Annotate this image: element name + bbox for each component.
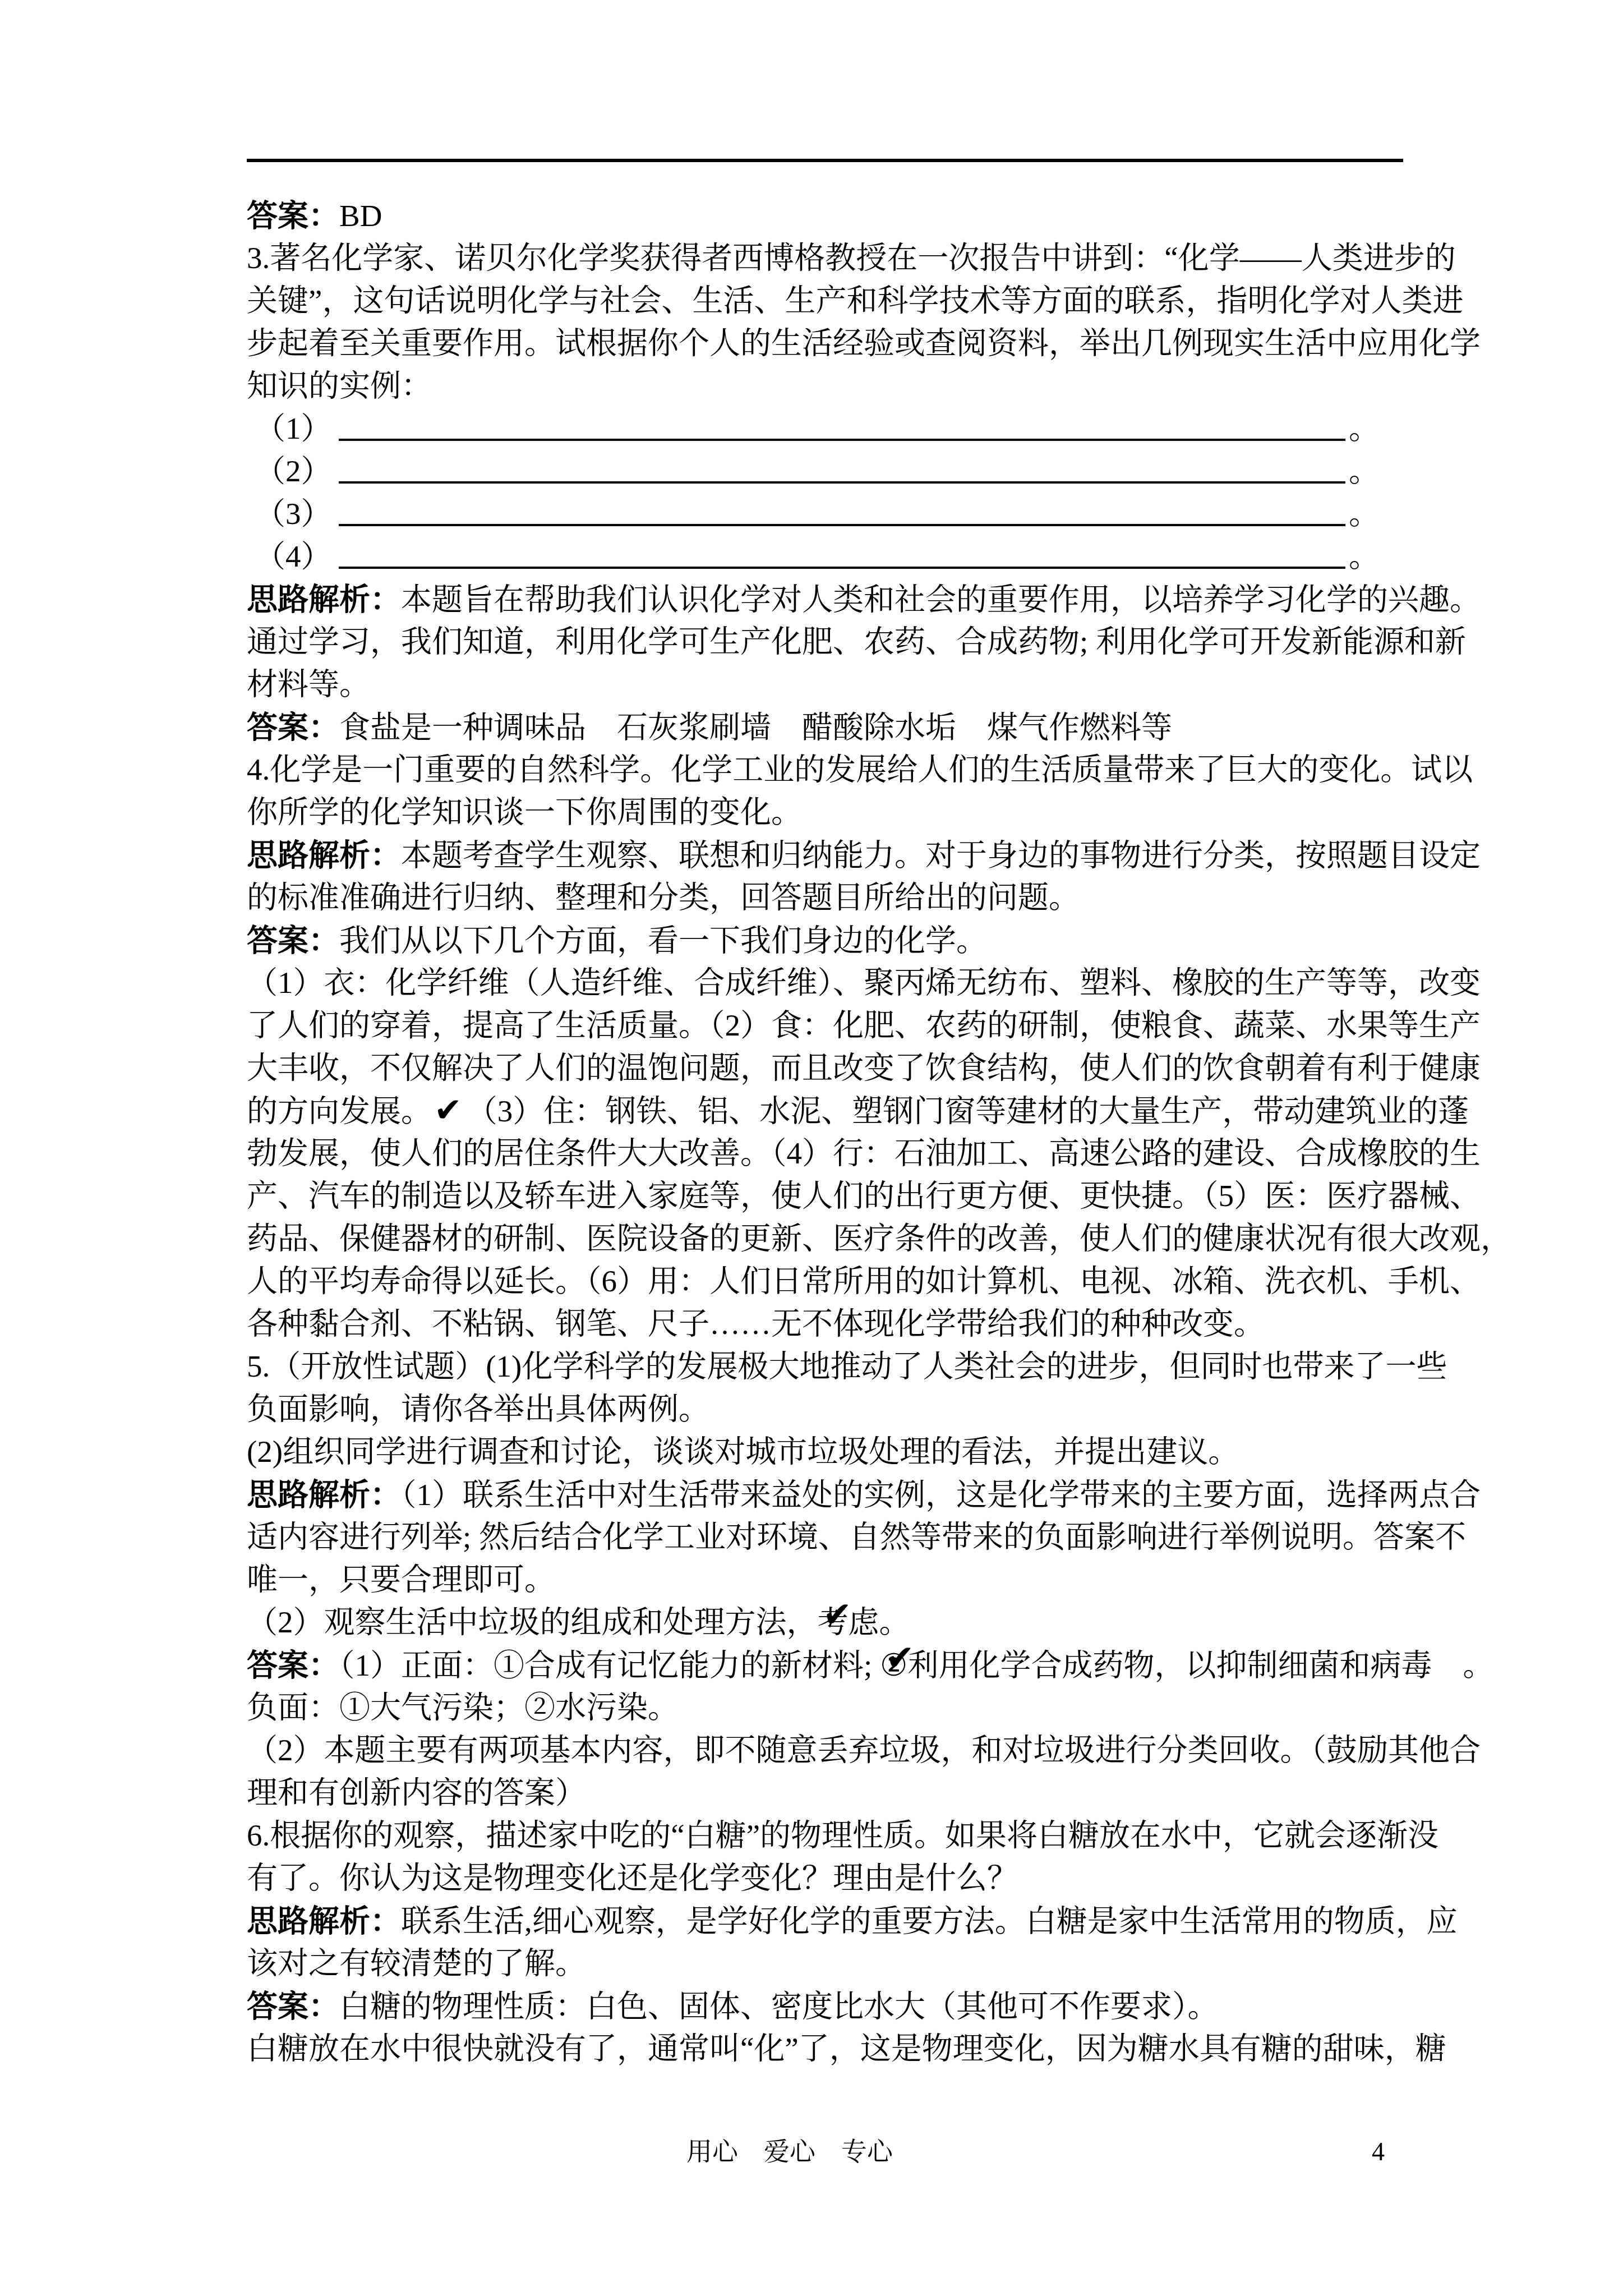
text-run: 食盐是一种调味品 石灰浆刷墙 醋酸除水垢 煤气作燃料等 — [339, 710, 1172, 744]
doc-line: 了人们的穿着，提高了生活质量。（2）食：化肥、农药的研制，使粮食、蔬菜、水果等生… — [247, 1004, 1410, 1047]
blank-number-label: （1） — [255, 407, 332, 450]
doc-line: 药品、保健器材的研制、医院设备的更新、医疗条件的改善，使人们的健康状况有很大改观… — [247, 1217, 1410, 1260]
answer-blank-line — [339, 567, 1345, 569]
doc-line: （2）观察生活中垃圾的组成和处理方法，考✔虑。 — [247, 1601, 1410, 1644]
doc-line: 负面：①大气污染；②水污染。 — [247, 1686, 1410, 1729]
text-run: 药品、保健器材的研制、医院设备的更新、医疗条件的改善，使人们的健康状况有很大改观… — [247, 1221, 1511, 1255]
text-run: （1）衣：化学纤维（人造纤维、合成纤维）、聚丙烯无纺布、塑料、橡胶的生产等等，改… — [247, 965, 1481, 1000]
answer-blank-row: （3）。 — [247, 493, 1380, 535]
answer-blank-row: （1）。 — [247, 407, 1380, 450]
doc-line: 答案：我们从以下几个方面，看一下我们身边的化学。 — [247, 919, 1410, 961]
answer-blank-row: （2）。 — [247, 450, 1380, 493]
checkmark-icon: ✔ — [823, 1598, 852, 1632]
answer-blank-row: （4）。 — [247, 535, 1380, 578]
text-run: 联系生活,细心观察，是学好化学的重要方法。白糖是家中生活常用的物质，应 — [401, 1904, 1458, 1938]
doc-line: 答案：白糖的物理性质：白色、固体、密度比水大（其他可不作要求）。 — [247, 1985, 1410, 2027]
doc-line: 大丰收，不仅解决了人们的温饱问题，而且改变了饮食结构，使人们的饮食朝着有利于健康 — [247, 1047, 1410, 1089]
doc-line: 人的平均寿命得以延长。（6）用：人们日常所用的如计算机、电视、冰箱、洗衣机、手机… — [247, 1260, 1410, 1303]
doc-line: 思路解析：本题旨在帮助我们认识化学对人类和社会的重要作用，以培养学习化学的兴趣。 — [247, 578, 1410, 620]
text-run: 唯一，只要合理即可。 — [247, 1562, 555, 1596]
doc-line: 答案：BD — [247, 194, 1410, 237]
page-number: 4 — [1372, 2135, 1385, 2169]
checkmark-icon: ✔ — [434, 1091, 462, 1130]
text-run: （2）观察生活中垃圾的组成和处理方法， — [247, 1605, 818, 1639]
text-run: 勃发展，使人们的居住条件大大改善。（4）行：石油加工、高速公路的建设、合成橡胶的… — [247, 1136, 1481, 1170]
doc-line: 适内容进行列举; 然后结合化学工业对环境、自然等带来的负面影响进行举例说明。答案… — [247, 1516, 1410, 1558]
text-run: （1）正面：①合成有记忆能力的新材料; — [339, 1648, 880, 1682]
doc-line: 知识的实例： — [247, 365, 1410, 407]
text-run: 大丰收，不仅解决了人们的温饱问题，而且改变了饮食结构，使人们的饮食朝着有利于健康 — [247, 1051, 1481, 1085]
text-run: 白糖放在水中很快就没有了，通常叫“化”了，这是物理变化，因为糖水具有糖的甜味，糖 — [247, 2031, 1446, 2065]
doc-line: 通过学习，我们知道，利用化学可生产化肥、农药、合成药物; 利用化学可开发新能源和… — [247, 620, 1410, 663]
section-label: 答案： — [247, 1989, 339, 2023]
doc-line: 6.根据你的观察，描述家中吃的“白糖”的物理性质。如果将白糖放在水中，它就会逐渐… — [247, 1814, 1410, 1857]
text-run: 了人们的穿着，提高了生活质量。（2）食：化肥、农药的研制，使粮食、蔬菜、水果等生… — [247, 1008, 1481, 1042]
doc-line: 3.著名化学家、诺贝尔化学奖获得者西博格教授在一次报告中讲到：“化学——人类进步… — [247, 237, 1410, 279]
doc-line: 有了。你认为这是物理变化还是化学变化？理由是什么？ — [247, 1857, 1410, 1899]
doc-line: （2）本题主要有两项基本内容，即不随意丢弃垃圾，和对垃圾进行分类回收。（鼓励其他… — [247, 1729, 1410, 1772]
blank-number-label: （4） — [255, 535, 332, 578]
blank-number-label: （2） — [255, 450, 332, 493]
text-run: BD — [339, 199, 382, 233]
doc-line: 该对之有较清楚的了解。 — [247, 1942, 1410, 1985]
text-run: （2）本题主要有两项基本内容，即不随意丢弃垃圾，和对垃圾进行分类回收。（鼓励其他… — [247, 1733, 1481, 1767]
doc-line: 思路解析：（1）联系生活中对生活带来益处的实例，这是化学带来的主要方面，选择两点… — [247, 1473, 1410, 1516]
text-run: 5.（开放性试题）(1)化学科学的发展极大地推动了人类社会的进步，但同时也带来了… — [247, 1349, 1447, 1383]
doc-line: 答案：（1）正面：①合成有记忆能力的新材料; ②✔利用化学合成药物，以抑制细菌和… — [247, 1644, 1410, 1686]
doc-line: (2)组织同学进行调查和讨论，谈谈对城市垃圾处理的看法，并提出建议。 — [247, 1430, 1410, 1473]
text-run: 本题考查学生观察、联想和归纳能力。对于身边的事物进行分类，按照题目设定 — [401, 838, 1481, 872]
doc-line: 4.化学是一门重要的自然科学。化学工业的发展给人们的生活质量带来了巨大的变化。试… — [247, 748, 1410, 791]
text-run: 白糖的物理性质：白色、固体、密度比水大（其他可不作要求）。 — [339, 1989, 1219, 2023]
doc-line: 思路解析：联系生活,细心观察，是学好化学的重要方法。白糖是家中生活常用的物质，应 — [247, 1899, 1410, 1942]
text-run: 适内容进行列举; 然后结合化学工业对环境、自然等带来的负面影响进行举例说明。答案… — [247, 1520, 1466, 1554]
doc-line: 理和有创新内容的答案） — [247, 1772, 1410, 1814]
text-run: （3）住：钢铁、铝、水泥、塑钢门窗等建材的大量生产，带动建筑业的蓬 — [467, 1094, 1469, 1128]
doc-line: 步起着至关重要作用。试根据你个人的生活经验或查阅资料，举出几例现实生活中应用化学 — [247, 322, 1410, 365]
doc-line: 勃发展，使人们的居住条件大大改善。（4）行：石油加工、高速公路的建设、合成橡胶的… — [247, 1132, 1410, 1175]
doc-line: 的方向发展。✔（3）住：钢铁、铝、水泥、塑钢门窗等建材的大量生产，带动建筑业的蓬 — [247, 1089, 1410, 1132]
text-run: 关键”，这句话说明化学与社会、生活、生产和科学技术等方面的联系，指明化学对人类进 — [247, 283, 1463, 318]
section-label: 答案： — [247, 1648, 339, 1682]
section-label: 答案： — [247, 198, 339, 233]
text-run: 的标准准确进行归纳、整理和分类，回答题目所给出的问题。 — [247, 880, 1080, 914]
text-run: 3.著名化学家、诺贝尔化学奖获得者西博格教授在一次报告中讲到：“化学——人类进步… — [247, 241, 1456, 275]
text-run: 你所学的化学知识谈一下你周围的变化。 — [247, 795, 802, 829]
text-run: 知识的实例： — [247, 369, 432, 403]
text-run: 材料等。 — [247, 667, 370, 701]
blank-tail-period: 。 — [1349, 407, 1380, 450]
doc-line: 各种黏合剂、不粘锅、钢笔、尺子……无不体现化学带给我们的种种改变。 — [247, 1303, 1410, 1345]
text-run: 理和有创新内容的答案） — [247, 1775, 586, 1810]
text-run: 虑。 — [849, 1605, 910, 1639]
doc-line: 思路解析：本题考查学生观察、联想和归纳能力。对于身边的事物进行分类，按照题目设定 — [247, 834, 1410, 876]
section-label: 思路解析： — [247, 838, 401, 872]
doc-line: 材料等。 — [247, 663, 1410, 706]
doc-line: （1）衣：化学纤维（人造纤维、合成纤维）、聚丙烯无纺布、塑料、橡胶的生产等等，改… — [247, 961, 1410, 1004]
text-run: 的方向发展。 — [247, 1094, 432, 1128]
doc-line: 产、汽车的制造以及轿车进入家庭等，使人们的出行更方便、更快捷。（5）医：医疗器械… — [247, 1175, 1410, 1217]
doc-line: 白糖放在水中很快就没有了，通常叫“化”了，这是物理变化，因为糖水具有糖的甜味，糖 — [247, 2027, 1410, 2070]
doc-line: 你所学的化学知识谈一下你周围的变化。 — [247, 791, 1410, 834]
section-label: 思路解析： — [247, 1903, 401, 1938]
text-run: 负面影响，请你各举出具体两例。 — [247, 1392, 709, 1426]
blank-tail-period: 。 — [1349, 450, 1380, 493]
text-run: 有了。你认为这是物理变化还是化学变化？理由是什么？ — [247, 1861, 1018, 1895]
checked-char: 考✔ — [818, 1601, 849, 1644]
text-run: 负面：①大气污染；②水污染。 — [247, 1690, 679, 1724]
blank-tail-period: 。 — [1349, 493, 1380, 535]
text-run: 通过学习，我们知道，利用化学可生产化肥、农药、合成药物; 利用化学可开发新能源和… — [247, 624, 1466, 659]
doc-line: 答案：食盐是一种调味品 石灰浆刷墙 醋酸除水垢 煤气作燃料等 — [247, 706, 1410, 748]
blank-tail-period: 。 — [1349, 535, 1380, 578]
document-page: { "colors": { "background": "#ffffff", "… — [0, 0, 1623, 2296]
doc-line: 关键”，这句话说明化学与社会、生活、生产和科学技术等方面的联系，指明化学对人类进 — [247, 279, 1410, 322]
footer-motto: 用心 爱心 专心 — [686, 2135, 893, 2169]
doc-line: 5.（开放性试题）(1)化学科学的发展极大地推动了人类社会的进步，但同时也带来了… — [247, 1345, 1410, 1388]
text-run: 该对之有较清楚的了解。 — [247, 1946, 586, 1980]
doc-line: 负面影响，请你各举出具体两例。 — [247, 1388, 1410, 1430]
text-run: 人的平均寿命得以延长。（6）用：人们日常所用的如计算机、电视、冰箱、洗衣机、手机… — [247, 1264, 1481, 1298]
document-body: 答案：BD3.著名化学家、诺贝尔化学奖获得者西博格教授在一次报告中讲到：“化学—… — [247, 194, 1410, 2070]
checked-char: ②✔ — [880, 1644, 907, 1687]
checkmark-icon: ✔ — [886, 1641, 915, 1676]
section-label: 答案： — [247, 710, 339, 744]
answer-blank-line — [339, 439, 1345, 441]
text-run: 我们从以下几个方面，看一下我们身边的化学。 — [339, 923, 987, 958]
answer-blank-line — [339, 524, 1345, 526]
text-run: 步起着至关重要作用。试根据你个人的生活经验或查阅资料，举出几例现实生活中应用化学 — [247, 326, 1481, 360]
doc-line: 的标准准确进行归纳、整理和分类，回答题目所给出的问题。 — [247, 876, 1410, 919]
text-run: 利用化学合成药物，以抑制细菌和病毒 。 — [907, 1648, 1493, 1682]
section-label: 思路解析： — [247, 582, 401, 616]
text-run: 6.根据你的观察，描述家中吃的“白糖”的物理性质。如果将白糖放在水中，它就会逐渐… — [247, 1818, 1438, 1852]
text-run: （1）联系生活中对生活带来益处的实例，这是化学带来的主要方面，选择两点合 — [401, 1478, 1481, 1512]
section-label: 答案： — [247, 923, 339, 958]
text-run: (2)组织同学进行调查和讨论，谈谈对城市垃圾处理的看法，并提出建议。 — [247, 1434, 1239, 1469]
answer-blank-line — [339, 481, 1345, 484]
section-label: 思路解析： — [247, 1477, 401, 1512]
text-run: 各种黏合剂、不粘锅、钢笔、尺子……无不体现化学带给我们的种种改变。 — [247, 1306, 1265, 1341]
blank-number-label: （3） — [255, 493, 332, 535]
text-run: 本题旨在帮助我们认识化学对人类和社会的重要作用，以培养学习化学的兴趣。 — [401, 582, 1481, 616]
text-run: 4.化学是一门重要的自然科学。化学工业的发展给人们的生活质量带来了巨大的变化。试… — [247, 752, 1473, 786]
header-rule — [247, 159, 1403, 162]
text-run: 产、汽车的制造以及轿车进入家庭等，使人们的出行更方便、更快捷。（5）医：医疗器械… — [247, 1179, 1481, 1213]
